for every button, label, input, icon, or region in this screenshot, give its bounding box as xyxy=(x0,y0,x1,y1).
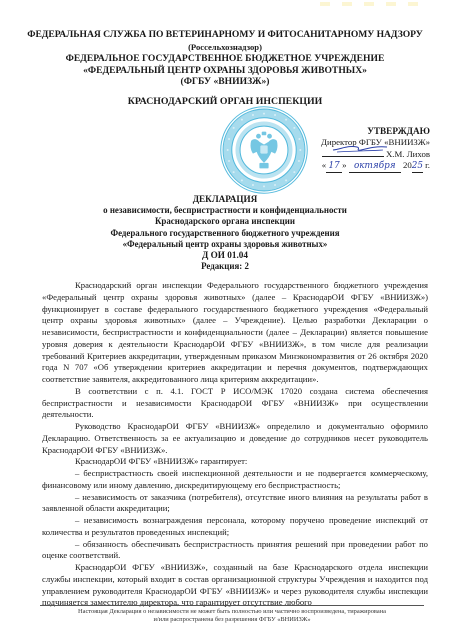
document-page: ФЕДЕРАЛЬНАЯ СЛУЖБА ПО ВЕТЕРИНАРНОМУ И ФИ… xyxy=(0,0,450,637)
date-year-suffix: 25 xyxy=(412,161,423,173)
list-item: – независимость вознаграждения персонала… xyxy=(42,515,428,539)
declaration-subtitle-4: «Федеральный центр охраны здоровья живот… xyxy=(0,239,450,249)
date-month: октября xyxy=(349,161,401,173)
paragraph: В соответствии с п. 4.1. ГОСТ Р ИСО/МЭК … xyxy=(42,386,428,421)
paragraph: КраснодарОИ ФГБУ «ВНИИЗЖ» гарантирует: xyxy=(42,456,428,468)
paragraph: Краснодарский орган инспекции Федерально… xyxy=(42,280,428,386)
declaration-subtitle-1: о независимости, беспристрастности и кон… xyxy=(0,205,450,215)
declaration-subtitle-3: Федерального государственного бюджетного… xyxy=(0,228,450,238)
footer-line-2: и/или распространена без разрешения ФГБУ… xyxy=(40,616,424,624)
approval-date: «17» октября 2025 г. xyxy=(300,160,430,173)
header-institution-name: «ФЕДЕРАЛЬНЫЙ ЦЕНТР ОХРАНЫ ЗДОРОВЬЯ ЖИВОТ… xyxy=(0,65,450,76)
header-agency-short: (Россельхознадзор) xyxy=(0,42,450,52)
paragraph: Руководство КраснодарОИ ФГБУ «ВНИИЗЖ» оп… xyxy=(42,421,428,456)
footer-notice: Настоящая Декларация о независимости не … xyxy=(40,608,424,624)
double-headed-eagle-seal-icon xyxy=(218,104,310,196)
footer-line-1: Настоящая Декларация о независимости не … xyxy=(40,608,424,616)
footer-divider xyxy=(40,605,424,606)
paragraph: КраснодарОИ ФГБУ «ВНИИЗЖ», созданный на … xyxy=(42,562,428,609)
header-agency: ФЕДЕРАЛЬНАЯ СЛУЖБА ПО ВЕТЕРИНАРНОМУ И ФИ… xyxy=(0,29,450,40)
header-institution-type: ФЕДЕРАЛЬНОЕ ГОСУДАРСТВЕННОЕ БЮДЖЕТНОЕ УЧ… xyxy=(0,53,450,64)
list-item: – обязанность обеспечивать беспристрастн… xyxy=(42,539,428,563)
header-institution-short: (ФГБУ «ВНИИЗЖ») xyxy=(0,76,450,87)
list-item: – независимость от заказчика (потребител… xyxy=(42,492,428,516)
declaration-code: Д ОИ 01.04 xyxy=(0,250,450,260)
list-item: – беспристрастность своей инспекционной … xyxy=(42,468,428,492)
handwritten-signature-icon xyxy=(331,141,391,153)
approval-title: УТВЕРЖДАЮ xyxy=(300,126,430,137)
scan-artifact xyxy=(320,2,430,6)
approver-name: Х.М. Лихов xyxy=(386,149,430,159)
declaration-revision: Редакция: 2 xyxy=(0,261,450,271)
declaration-title: ДЕКЛАРАЦИЯ xyxy=(0,194,450,204)
date-year-prefix: 20 xyxy=(403,160,412,170)
declaration-subtitle-2: Краснодарского органа инспекции xyxy=(0,216,450,226)
date-close-quote: » xyxy=(342,160,346,170)
date-day: 17 xyxy=(326,161,342,173)
date-suffix: г. xyxy=(425,160,430,170)
document-body: Краснодарский орган инспекции Федерально… xyxy=(42,280,428,609)
